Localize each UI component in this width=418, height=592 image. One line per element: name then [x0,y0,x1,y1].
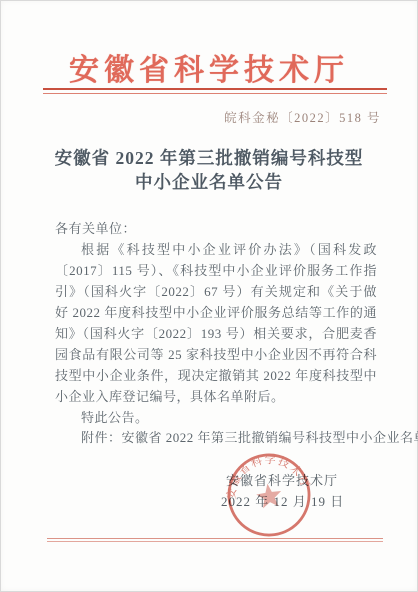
official-seal-stamp-icon: 安徽省科学技术厅 [219,445,318,544]
body-paragraph-closing: 特此公告。 [55,407,377,428]
footer-divider-rule [47,538,383,542]
document-page: 安徽省科学技术厅 皖科金秘〔2022〕518 号 安徽省 2022 年第三批撤销… [0,0,418,592]
document-body: 各有关单位： 根据《科技型中小企业评价办法》（国科发政〔2017〕115 号）、… [55,218,377,428]
body-paragraph-main: 根据《科技型中小企业评价办法》（国科发政〔2017〕115 号）、《科技型中小企… [55,239,377,407]
document-title: 安徽省 2022 年第三批撤销编号科技型 中小企业名单公告 [1,146,417,194]
document-title-line1: 安徽省 2022 年第三批撤销编号科技型 [1,146,417,170]
salutation: 各有关单位： [55,218,377,239]
document-number: 皖科金秘〔2022〕518 号 [224,108,381,126]
agency-header-title: 安徽省科学技术厅 [1,45,417,89]
document-title-line2: 中小企业名单公告 [1,170,417,194]
header-divider-rule [43,88,387,94]
attachment-line: 附件：安徽省 2022 年第三批撤销编号科技型中小企业名单 [55,427,385,446]
seal-star-icon [255,482,283,509]
